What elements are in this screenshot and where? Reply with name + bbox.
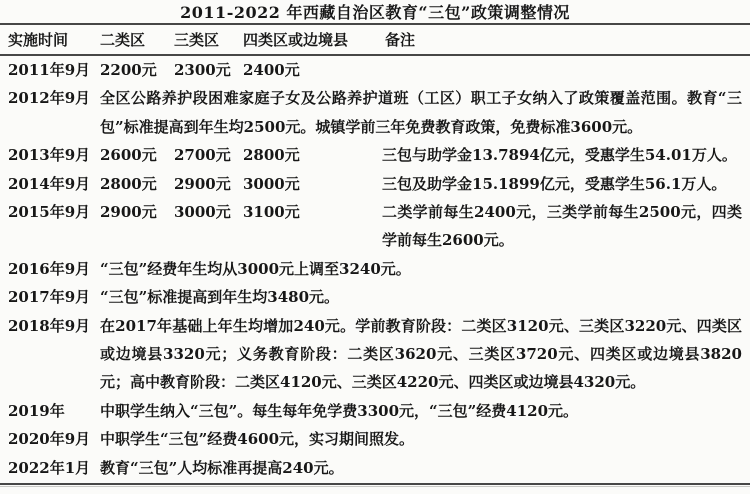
note-cell: 中职学生“三包”经费4600元，实习期间照发。 [100, 425, 742, 453]
date-cell: 2020年9月 [8, 425, 90, 453]
date-cell: 2019年 [8, 397, 65, 425]
table-bottom-rule [0, 483, 750, 487]
table-row: 2014年9月 2800元 2900元 3000元 三包及助学金15.1899亿… [0, 170, 750, 198]
class3-value: 2700元 [174, 141, 231, 169]
table-title: 2011-2022 年西藏自治区教育“三包”政策调整情况 [0, 0, 750, 23]
note-cell: 教育“三包”人均标准再提高240元。 [100, 454, 742, 482]
remark-cell: 三包与助学金13.7894亿元，受惠学生54.01万人。 [382, 141, 742, 169]
date-cell: 2011年9月 [8, 56, 90, 84]
date-cell: 2012年9月 [8, 84, 90, 112]
header-class3-region: 三类区 [174, 25, 219, 55]
table-row: 2015年9月 2900元 3000元 3100元 二类学前每生2400元，三类… [0, 198, 750, 255]
header-class2-region: 二类区 [100, 25, 145, 55]
class2-value: 2800元 [100, 170, 157, 198]
class3-value: 3000元 [174, 198, 231, 226]
table-row: 2017年9月 “三包”标准提高到年生均3480元。 [0, 283, 750, 311]
date-cell: 2016年9月 [8, 255, 90, 283]
table-row: 2020年9月 中职学生“三包”经费4600元，实习期间照发。 [0, 425, 750, 453]
date-cell: 2022年1月 [8, 454, 90, 482]
date-cell: 2014年9月 [8, 170, 90, 198]
class2-value: 2600元 [100, 141, 157, 169]
table-row: 2019年 中职学生纳入“三包”。每生每年免学费3300元，“三包”经费4120… [0, 397, 750, 425]
date-cell: 2017年9月 [8, 283, 90, 311]
header-class4-border-county: 四类区或边境县 [243, 25, 348, 55]
class3-value: 2300元 [174, 56, 231, 84]
date-cell: 2018年9月 [8, 312, 90, 340]
table-row: 2018年9月 在2017年基础上年生均增加240元。学前教育阶段：二类区312… [0, 312, 750, 397]
header-remarks: 备注 [385, 25, 415, 55]
policy-table-document: 2011-2022 年西藏自治区教育“三包”政策调整情况 实施时间 二类区 三类… [0, 0, 750, 494]
date-cell: 2013年9月 [8, 141, 90, 169]
remark-cell: 三包及助学金15.1899亿元，受惠学生56.1万人。 [382, 170, 742, 198]
table-row: 2022年1月 教育“三包”人均标准再提高240元。 [0, 454, 750, 482]
table-body: 2011年9月 2200元 2300元 2400元 2012年9月 全区公路养护… [0, 56, 750, 482]
table-row: 2011年9月 2200元 2300元 2400元 [0, 56, 750, 84]
table-row: 2016年9月 “三包”经费年生均从3000元上调至3240元。 [0, 255, 750, 283]
note-cell: 在2017年基础上年生均增加240元。学前教育阶段：二类区3120元、三类区32… [100, 312, 742, 397]
table-header-row: 实施时间 二类区 三类区 四类区或边境县 备注 [0, 25, 750, 56]
class2-value: 2200元 [100, 56, 157, 84]
note-cell: 中职学生纳入“三包”。每生每年免学费3300元，“三包”经费4120元。 [100, 397, 742, 425]
note-cell: “三包”标准提高到年生均3480元。 [100, 283, 742, 311]
class4-value: 2400元 [243, 56, 300, 84]
header-implementation-time: 实施时间 [8, 25, 68, 55]
class4-value: 2800元 [243, 141, 300, 169]
date-cell: 2015年9月 [8, 198, 90, 226]
table-row: 2013年9月 2600元 2700元 2800元 三包与助学金13.7894亿… [0, 141, 750, 169]
table-row: 2012年9月 全区公路养护段困难家庭子女及公路养护道班（工区）职工子女纳入了政… [0, 84, 750, 141]
note-cell: 全区公路养护段困难家庭子女及公路养护道班（工区）职工子女纳入了政策覆盖范围。教育… [100, 84, 742, 141]
note-cell: “三包”经费年生均从3000元上调至3240元。 [100, 255, 742, 283]
class4-value: 3000元 [243, 170, 300, 198]
class3-value: 2900元 [174, 170, 231, 198]
remark-cell: 二类学前每生2400元，三类学前每生2500元，四类学前每生2600元。 [382, 198, 742, 255]
class4-value: 3100元 [243, 198, 300, 226]
class2-value: 2900元 [100, 198, 157, 226]
